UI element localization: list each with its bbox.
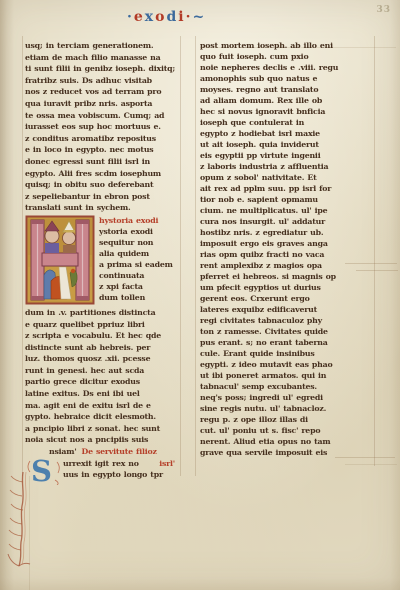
svg-text:S: S: [31, 458, 52, 485]
text-line: grave qua servile imposuit eis: [200, 447, 376, 458]
text-line: etiam de mach filio manasse na: [25, 52, 183, 64]
text-line: post mortem ioseph. ab illo eni: [200, 40, 376, 51]
text-line: cut. ul' poniu ut s. fisc' repo: [200, 425, 376, 436]
text-line: translati sunt in sychem.: [25, 202, 183, 214]
text-line: ait rex ad pplm suu. pp isrl for: [200, 183, 376, 194]
text-line: hec si novus ignoravit bnficia: [200, 106, 376, 117]
text-line: a prima si eadem: [99, 259, 173, 270]
text-line: z conditus aromatibz repositus: [25, 133, 183, 145]
text-line: hostibz nris. z egrediatur ub.: [200, 227, 376, 238]
text-line: quo fuit ioseph. cum pxio: [200, 51, 376, 62]
text-line: partio grece dicitur exodus: [25, 376, 183, 388]
text-line: nos z reducet vos ad terram pro: [25, 86, 183, 98]
text-line: gypto. hebraice dicit elesmoth.: [25, 411, 183, 423]
text-line: quisq; in obitu suo deferebant: [25, 179, 183, 191]
left-text-column: usq; in terciam generationem.etiam de ma…: [25, 40, 183, 485]
text-line: donec egressi sunt filii isrl in: [25, 156, 183, 168]
running-title-letter: o: [155, 9, 166, 25]
prologue-text: dum in .v. partitiones distinctae quarz …: [25, 307, 183, 446]
text-line: latine exitus. Ds eni ibi uel: [25, 388, 183, 400]
text-line: ti sunt filii in genibz ioseph. dixitq;: [25, 63, 183, 75]
ruling-line-vertical: [22, 36, 23, 476]
text-line: iurasset eos sup hoc mortuus e.: [25, 121, 183, 133]
initial-s-block: S urrexit igit rex no isrl' uus in egypt…: [25, 458, 183, 485]
text-line: z sepeliebantur in ebron post: [25, 191, 183, 203]
text-line: a pncipio libri z sonat. hec sunt: [25, 423, 183, 435]
text-line: z laboris industria z affluentia: [200, 161, 376, 172]
text-line: ystoria exodi: [99, 226, 173, 237]
genesis-ending-text: usq; in terciam generationem.etiam de ma…: [25, 40, 183, 214]
text-line: tior nob e. sapient opmamu: [200, 194, 376, 205]
running-title-letter: ·: [127, 9, 134, 25]
ruling-line-vertical: [195, 36, 196, 476]
text-line: sine regis nutu. ul' tabnacloz.: [200, 403, 376, 414]
text-line: cule. Erant quide insinibus: [200, 348, 376, 359]
text-line: regu p. z ope illoz illas di: [200, 414, 376, 425]
text-line: egypto z hodiebat isrl maxie: [200, 128, 376, 139]
text-line: eis egyptii pp virtute ingenii: [200, 150, 376, 161]
running-title-letter: x: [145, 9, 155, 25]
text-line: urrexit igit rex no isrl': [63, 458, 183, 470]
text-line: rent amplexibz z magios opa: [200, 260, 376, 271]
text-line: e in loco in egypto. nec motus: [25, 144, 183, 156]
text-line: gerent eos. Crxerunt ergo: [200, 293, 376, 304]
text-line: moyses. regno aut translato: [200, 84, 376, 95]
illuminated-initial-block: hystoria exodi ystoria exodisequitur non…: [25, 215, 183, 305]
running-title-letter: i: [178, 9, 185, 25]
running-title-letter: ·: [186, 9, 193, 25]
text-line: alia quidem: [99, 248, 173, 259]
rubric-fragment: isrl': [159, 458, 175, 470]
text-line: egypto. Alii fres scdm iosephum: [25, 168, 183, 180]
chapter-opening-text: urrexit igit rex no isrl' uus in egypto …: [63, 458, 183, 481]
text-line: z xpi facta: [99, 281, 173, 292]
text-line: noia sicut nos a pncipiis suis: [25, 434, 183, 446]
text-line: sequitur non: [99, 237, 173, 248]
folio-number: 33: [376, 5, 391, 15]
running-title-letter: d: [167, 9, 179, 25]
penwork-flourish: [6, 472, 34, 570]
right-text-column: post mortem ioseph. ab illo eniquo fuit …: [200, 40, 376, 458]
text-line: pus erant. s; no erant taberna: [200, 337, 376, 348]
text-line: qua iuravit pribz nris. asporta: [25, 98, 183, 110]
text-line: luz. thomos quosz .xii. pcesse: [25, 353, 183, 365]
text-fragment: nsiam': [49, 447, 77, 456]
text-line: continuata: [99, 270, 173, 281]
text-line: egypti. z ideo mutavit eas phao: [200, 359, 376, 370]
text-line: uus in egypto longo tpr: [63, 469, 183, 481]
text-line: ioseph que contulerat in: [200, 117, 376, 128]
illuminated-initial-H: [25, 215, 95, 305]
text-line: lateres exquibz edificaverut: [200, 304, 376, 315]
text-line: dum in .v. partitiones distincta: [25, 307, 183, 319]
text-line: e quarz quelibet ppriuz libri: [25, 319, 183, 331]
text-line: cura nos insurgit. ul' addatur: [200, 216, 376, 227]
text-line: ut ibi poneret armatos. qui in: [200, 370, 376, 381]
text-line: distincte sunt ab hebreis. per: [25, 342, 183, 354]
text-line: neq's poss; ingredi ul' egredi: [200, 392, 376, 403]
text-fragment: urrexit igit rex no: [63, 458, 139, 470]
rubric-incipit: hystoria exodi: [99, 215, 173, 226]
text-line: runt in genesi. hec aut scda: [25, 365, 183, 377]
text-line: amonophis sub quo natus e: [200, 73, 376, 84]
text-line: noie nepheres declis e .viii. regu: [200, 62, 376, 73]
running-title-letter: ~: [193, 9, 207, 25]
text-line: um pfecit egyptios ut durius: [200, 282, 376, 293]
text-line: z scripta e vocabulu. Et hec qde: [25, 330, 183, 342]
text-line: nerent. Aliud etia opus no tam: [200, 436, 376, 447]
text-line: tabnacul' semp excubantes.: [200, 381, 376, 392]
initial-adjacent-text: hystoria exodi ystoria exodisequitur non…: [99, 215, 173, 303]
running-title-letter: e: [134, 9, 145, 25]
text-line: ad aliam domum. Rex ille ob: [200, 95, 376, 106]
text-line: ton z ramesse. Civitates quide: [200, 326, 376, 337]
ruling-line-horizontal: [345, 464, 397, 465]
manuscript-page: 33 ·exodi·~ usq; in terciam generationem…: [0, 0, 400, 590]
text-line: opum z sobol' nativitate. Et: [200, 172, 376, 183]
text-line: imposuit ergo eis graves anga: [200, 238, 376, 249]
text-line: dum tollen: [99, 292, 173, 303]
text-line: te ossa mea vobiscum. Cumq; ad: [25, 110, 183, 122]
text-line: usq; in terciam generationem.: [25, 40, 183, 52]
text-line: cium. ne multiplicatus. ul' ipe: [200, 205, 376, 216]
text-line: pferret ei hebreos. si magnis op: [200, 271, 376, 282]
rubric-chapter: De servitute filioz: [82, 447, 157, 456]
text-line: ut ait ioseph. quia inviderut: [200, 139, 376, 150]
text-line: regi civitates tabnaculoz phy: [200, 315, 376, 326]
text-line: ma. agit eni de exitu isrl de e: [25, 400, 183, 412]
rubric-line: nsiam'De servitute filioz: [25, 446, 183, 458]
text-line: fratribz suis. Ds adhuc visitab: [25, 75, 183, 87]
text-line: rias opm quibz fracti no vaca: [200, 249, 376, 260]
running-title: ·exodi·~: [127, 9, 206, 25]
